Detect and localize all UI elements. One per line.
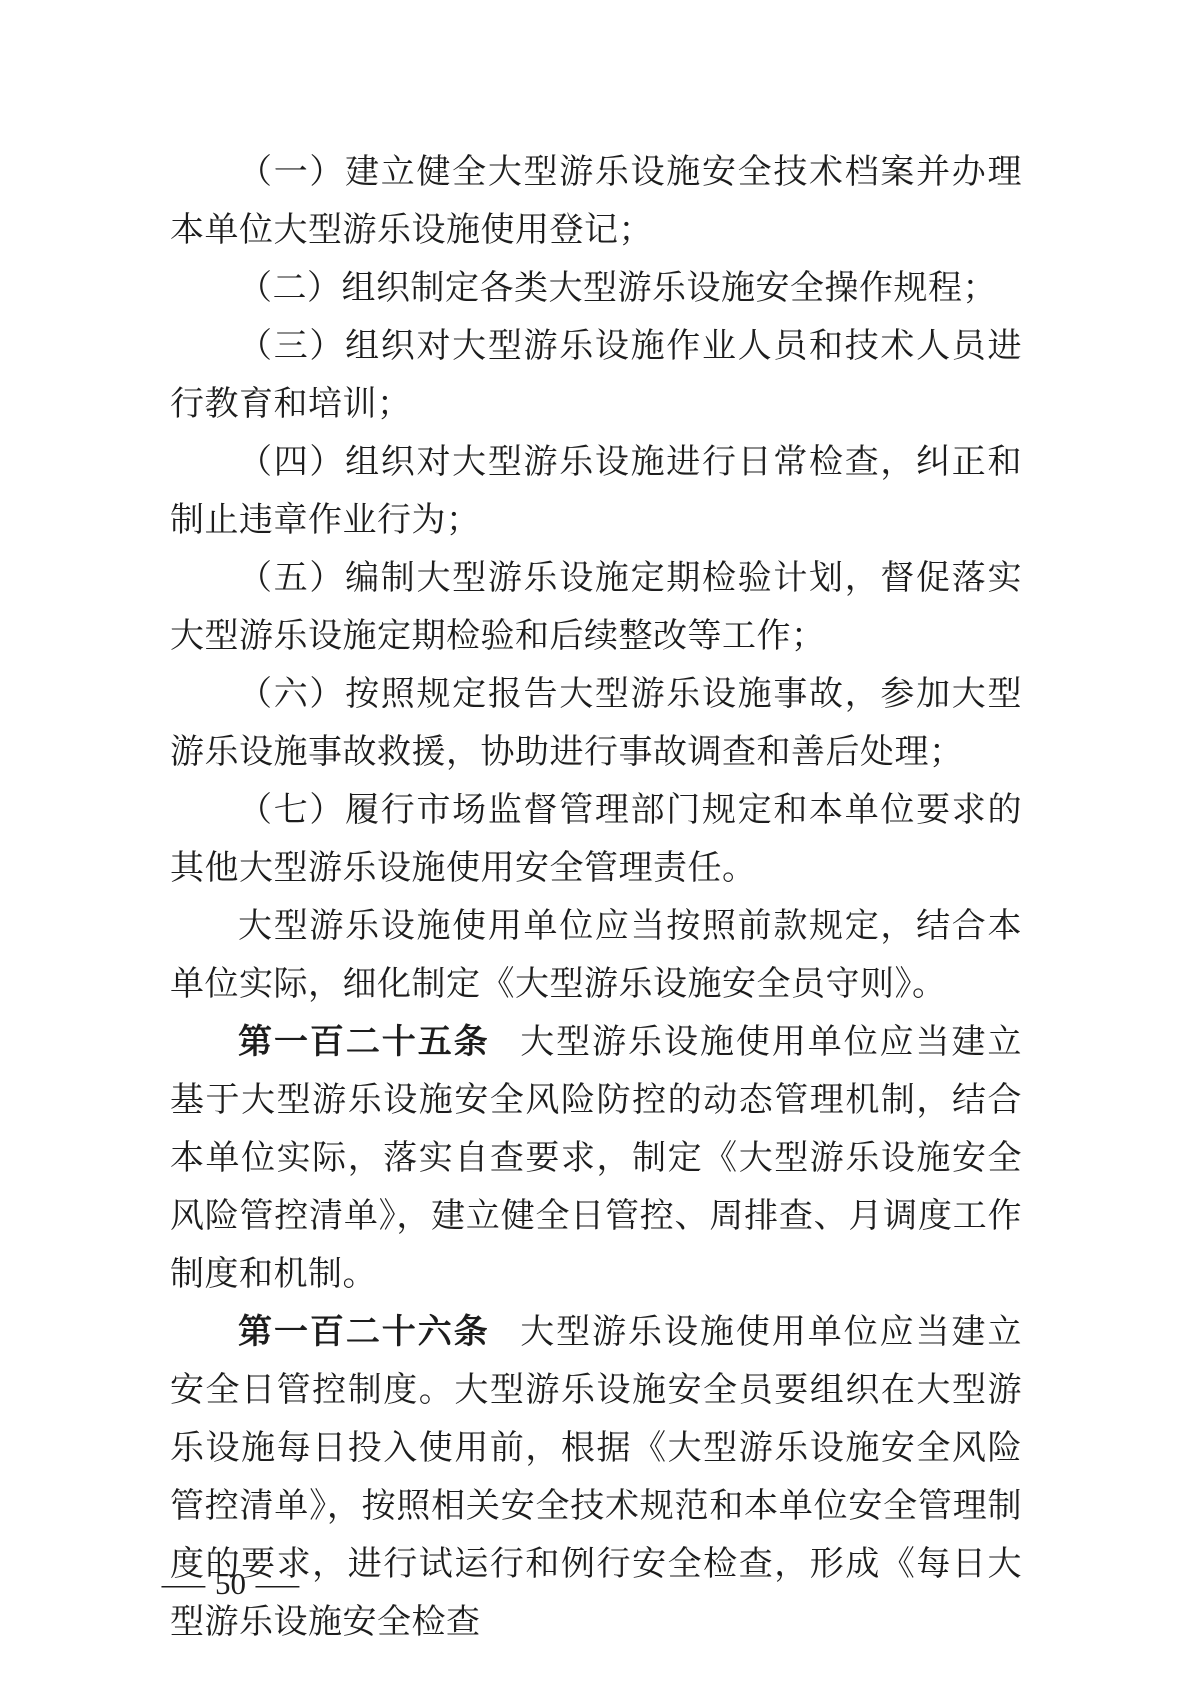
clause-7: （七）履行市场监督管理部门规定和本单位要求的其他大型游乐设施使用安全管理责任。 <box>170 782 1022 898</box>
article-126-number: 第一百二十六条 <box>238 1314 490 1351</box>
document-body: （一）建立健全大型游乐设施安全技术档案并办理本单位大型游乐设施使用登记； （二）… <box>170 144 1022 1652</box>
clause-6: （六）按照规定报告大型游乐设施事故，参加大型游乐设施事故救援，协助进行事故调查和… <box>170 666 1022 782</box>
footer-right-dash: — <box>256 1566 299 1602</box>
clause-4: （四）组织对大型游乐设施进行日常检查，纠正和制止违章作业行为； <box>170 434 1022 550</box>
clause-5: （五）编制大型游乐设施定期检验计划，督促落实大型游乐设施定期检验和后续整改等工作… <box>170 550 1022 666</box>
page-footer: — 50 — <box>168 1566 293 1602</box>
page-number: 50 <box>215 1566 246 1602</box>
article-125-number: 第一百二十五条 <box>238 1024 490 1061</box>
paragraph-usage-unit-duty: 大型游乐设施使用单位应当按照前款规定，结合本单位实际，细化制定《大型游乐设施安全… <box>170 898 1022 1014</box>
article-125: 第一百二十五条大型游乐设施使用单位应当建立基于大型游乐设施安全风险防控的动态管理… <box>170 1014 1022 1304</box>
clause-1: （一）建立健全大型游乐设施安全技术档案并办理本单位大型游乐设施使用登记； <box>170 144 1022 260</box>
clause-3: （三）组织对大型游乐设施作业人员和技术人员进行教育和培训； <box>170 318 1022 434</box>
document-page: （一）建立健全大型游乐设施安全技术档案并办理本单位大型游乐设施使用登记； （二）… <box>0 0 1190 1683</box>
footer-left-dash: — <box>162 1566 205 1602</box>
clause-2: （二）组织制定各类大型游乐设施安全操作规程； <box>170 260 1022 318</box>
article-125-text: 大型游乐设施使用单位应当建立基于大型游乐设施安全风险防控的动态管理机制，结合本单… <box>170 1024 1022 1293</box>
